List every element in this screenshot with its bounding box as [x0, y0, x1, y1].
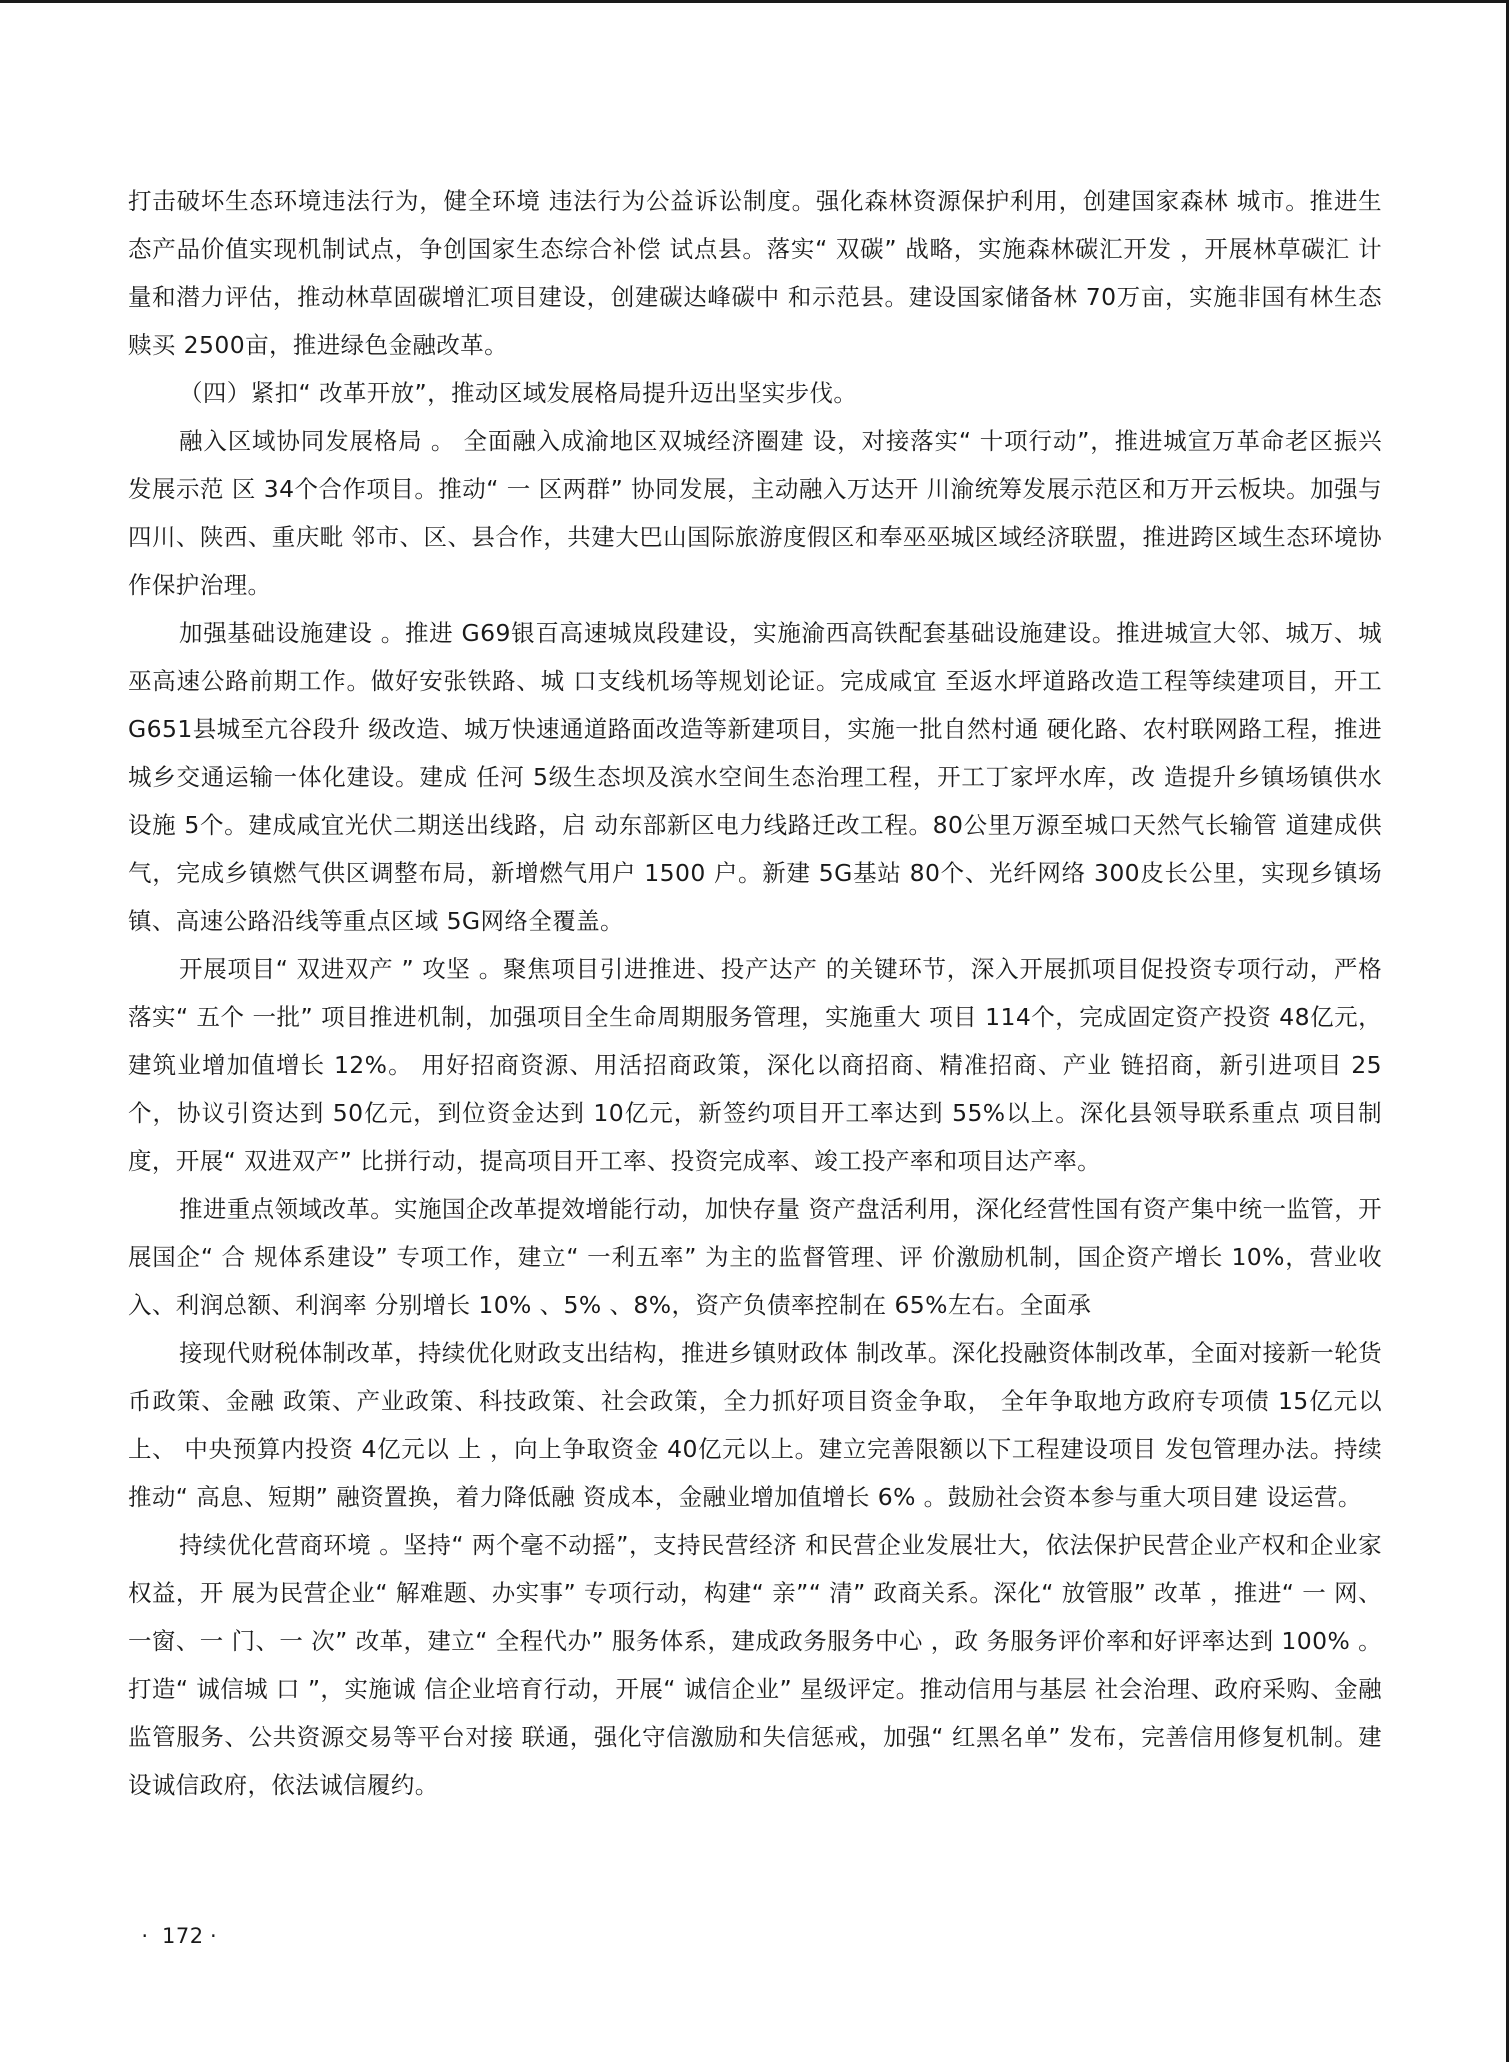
page-number-footer: ·172·	[128, 1921, 224, 1951]
page-number: 172	[162, 1924, 204, 1948]
paragraph-ecology-continued: 打击破坏生态环境违法行为，健全环境 违法行为公益诉讼制度。强化森林资源保护利用，…	[128, 177, 1382, 369]
paragraph-key-reforms: 推进重点领域改革。实施国企改革提效增能行动，加快存量 资产盘活利用，深化经营性国…	[128, 1185, 1382, 1329]
page-marker-left: ·	[128, 1921, 162, 1951]
paragraph-business-environment: 持续优化营商环境 。坚持“ 两个毫不动摇”，支持民营经济 和民营企业发展壮大，依…	[128, 1521, 1382, 1809]
document-page: 打击破坏生态环境违法行为，健全环境 违法行为公益诉讼制度。强化森林资源保护利用，…	[0, 0, 1509, 2062]
body-text: 打击破坏生态环境违法行为，健全环境 违法行为公益诉讼制度。强化森林资源保护利用，…	[128, 177, 1382, 1809]
section-heading-reform-opening: （四）紧扣“ 改革开放”，推动区域发展格局提升迈出坚实步伐。	[128, 369, 1382, 417]
page-marker-right: ·	[204, 1921, 224, 1951]
paragraph-infrastructure: 加强基础设施建设 。推进 G69银百高速城岚段建设，实施渝西高铁配套基础设施建设…	[128, 609, 1382, 945]
paragraph-fiscal-reform: 接现代财税体制改革，持续优化财政支出结构，推进乡镇财政体 制改革。深化投融资体制…	[128, 1329, 1382, 1521]
paragraph-projects: 开展项目“ 双进双产 ” 攻坚 。聚焦项目引进推进、投产达产 的关键环节，深入开…	[128, 945, 1382, 1185]
paragraph-regional-coordination: 融入区域协同发展格局 。 全面融入成渝地区双城经济圈建 设，对接落实“ 十项行动…	[128, 417, 1382, 609]
